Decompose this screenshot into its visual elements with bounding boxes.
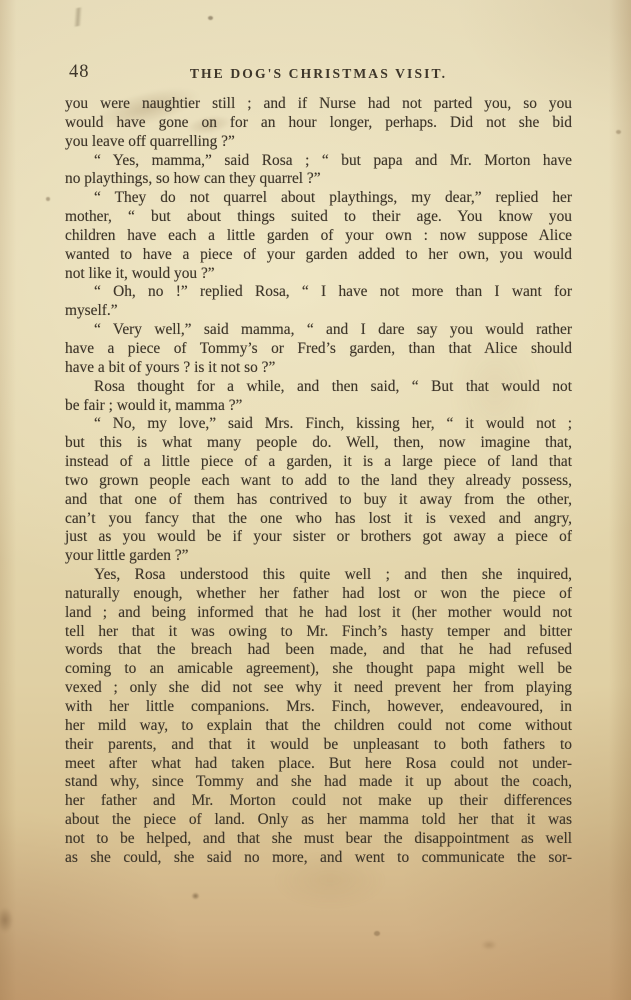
text-line: with her little companions. Mrs. Finch, … <box>65 698 572 717</box>
foxing-speck <box>190 891 201 901</box>
text-line: “ Oh, no !” replied Rosa, “ I have not m… <box>65 283 572 302</box>
text-line: mother, “ but about things suited to the… <box>65 208 572 227</box>
text-line: Rosa thought for a while, and then said,… <box>65 378 572 397</box>
text-line: no playthings, so how can they quarrel ?… <box>65 170 572 189</box>
text-line: would have gone on for an hour longer, p… <box>65 114 572 133</box>
running-title: THE DOG'S CHRISTMAS VISIT. <box>65 66 572 82</box>
paragraph: “ Very well,” said mamma, “ and I dare s… <box>65 321 572 378</box>
paragraph: Yes, Rosa understood this quite well ; a… <box>65 566 572 868</box>
text-line: you were naughtier still ; and if Nurse … <box>65 95 572 114</box>
text-line: not like it, would you ?” <box>65 265 572 284</box>
text-line: naturally enough, whether her father had… <box>65 585 572 604</box>
text-line: but this is what many people do. Well, t… <box>65 434 572 453</box>
text-line: stand why, since Tommy and she had made … <box>65 773 572 792</box>
foxing-speck <box>374 931 380 936</box>
text-line: have a bit of yours ? is it not so ?” <box>65 359 572 378</box>
text-line: “ Yes, mamma,” said Rosa ; “ but papa an… <box>65 152 572 171</box>
text-line: be fair ; would it, mamma ?” <box>65 397 572 416</box>
foxing-speck <box>46 197 50 201</box>
text-line: “ They do not quarrel about playthings, … <box>65 189 572 208</box>
text-line: as she could, she said no more, and went… <box>65 849 572 868</box>
text-line: have a piece of Tommy’s or Fred’s garden… <box>65 340 572 359</box>
text-line: her father and Mr. Morton could not make… <box>65 792 572 811</box>
text-line: vexed ; only she did not see why it need… <box>65 679 572 698</box>
text-line: you leave off quarrelling ?” <box>65 133 572 152</box>
text-line: their parents, and that it would be unpl… <box>65 736 572 755</box>
text-line: words that the breach had been made, and… <box>65 641 572 660</box>
paper-stain <box>0 903 16 937</box>
paragraph: you were naughtier still ; and if Nurse … <box>65 95 572 152</box>
text-line: “ Very well,” said mamma, “ and I dare s… <box>65 321 572 340</box>
text-line: just as you would be if your sister or b… <box>65 528 572 547</box>
text-line: coming to an amicable agreement), she th… <box>65 660 572 679</box>
text-line: land ; and being informed that he had lo… <box>65 604 572 623</box>
foxing-speck <box>616 130 621 134</box>
paragraph: “ Oh, no !” replied Rosa, “ I have not m… <box>65 283 572 321</box>
text-line: can’t you fancy that the one who has los… <box>65 510 572 529</box>
foxing-speck <box>208 16 213 20</box>
text-line: and that one of them has contrived to bu… <box>65 491 572 510</box>
paragraph: “ Yes, mamma,” said Rosa ; “ but papa an… <box>65 152 572 190</box>
text-line: children have each a little garden of yo… <box>65 227 572 246</box>
text-line: wanted to have a piece of your garden ad… <box>65 246 572 265</box>
text-line: meet after what had taken place. But her… <box>65 755 572 774</box>
text-line: her mild way, to explain that the childr… <box>65 717 572 736</box>
text-line: Yes, Rosa understood this quite well ; a… <box>65 566 572 585</box>
text-line: instead of a little piece of a garden, i… <box>65 453 572 472</box>
text-line: your little garden ?” <box>65 547 572 566</box>
paragraph: “ No, my love,” said Mrs. Finch, kissing… <box>65 415 572 566</box>
paper-stain <box>478 938 500 952</box>
text-line: not to be helped, and that she must bear… <box>65 830 572 849</box>
text-line: myself.” <box>65 302 572 321</box>
text-line: about the piece of land. Only as her mam… <box>65 811 572 830</box>
text-line: “ No, my love,” said Mrs. Finch, kissing… <box>65 415 572 434</box>
page-text: you were naughtier still ; and if Nurse … <box>65 95 572 868</box>
paragraph: “ They do not quarrel about playthings, … <box>65 189 572 283</box>
text-line: tell her that it was owing to Mr. Finch’… <box>65 623 572 642</box>
book-page-scan: 48 THE DOG'S CHRISTMAS VISIT. you were n… <box>0 0 631 1000</box>
text-line: two grown people each want to add to the… <box>65 472 572 491</box>
pencil-mark <box>55 4 101 29</box>
paragraph: Rosa thought for a while, and then said,… <box>65 378 572 416</box>
